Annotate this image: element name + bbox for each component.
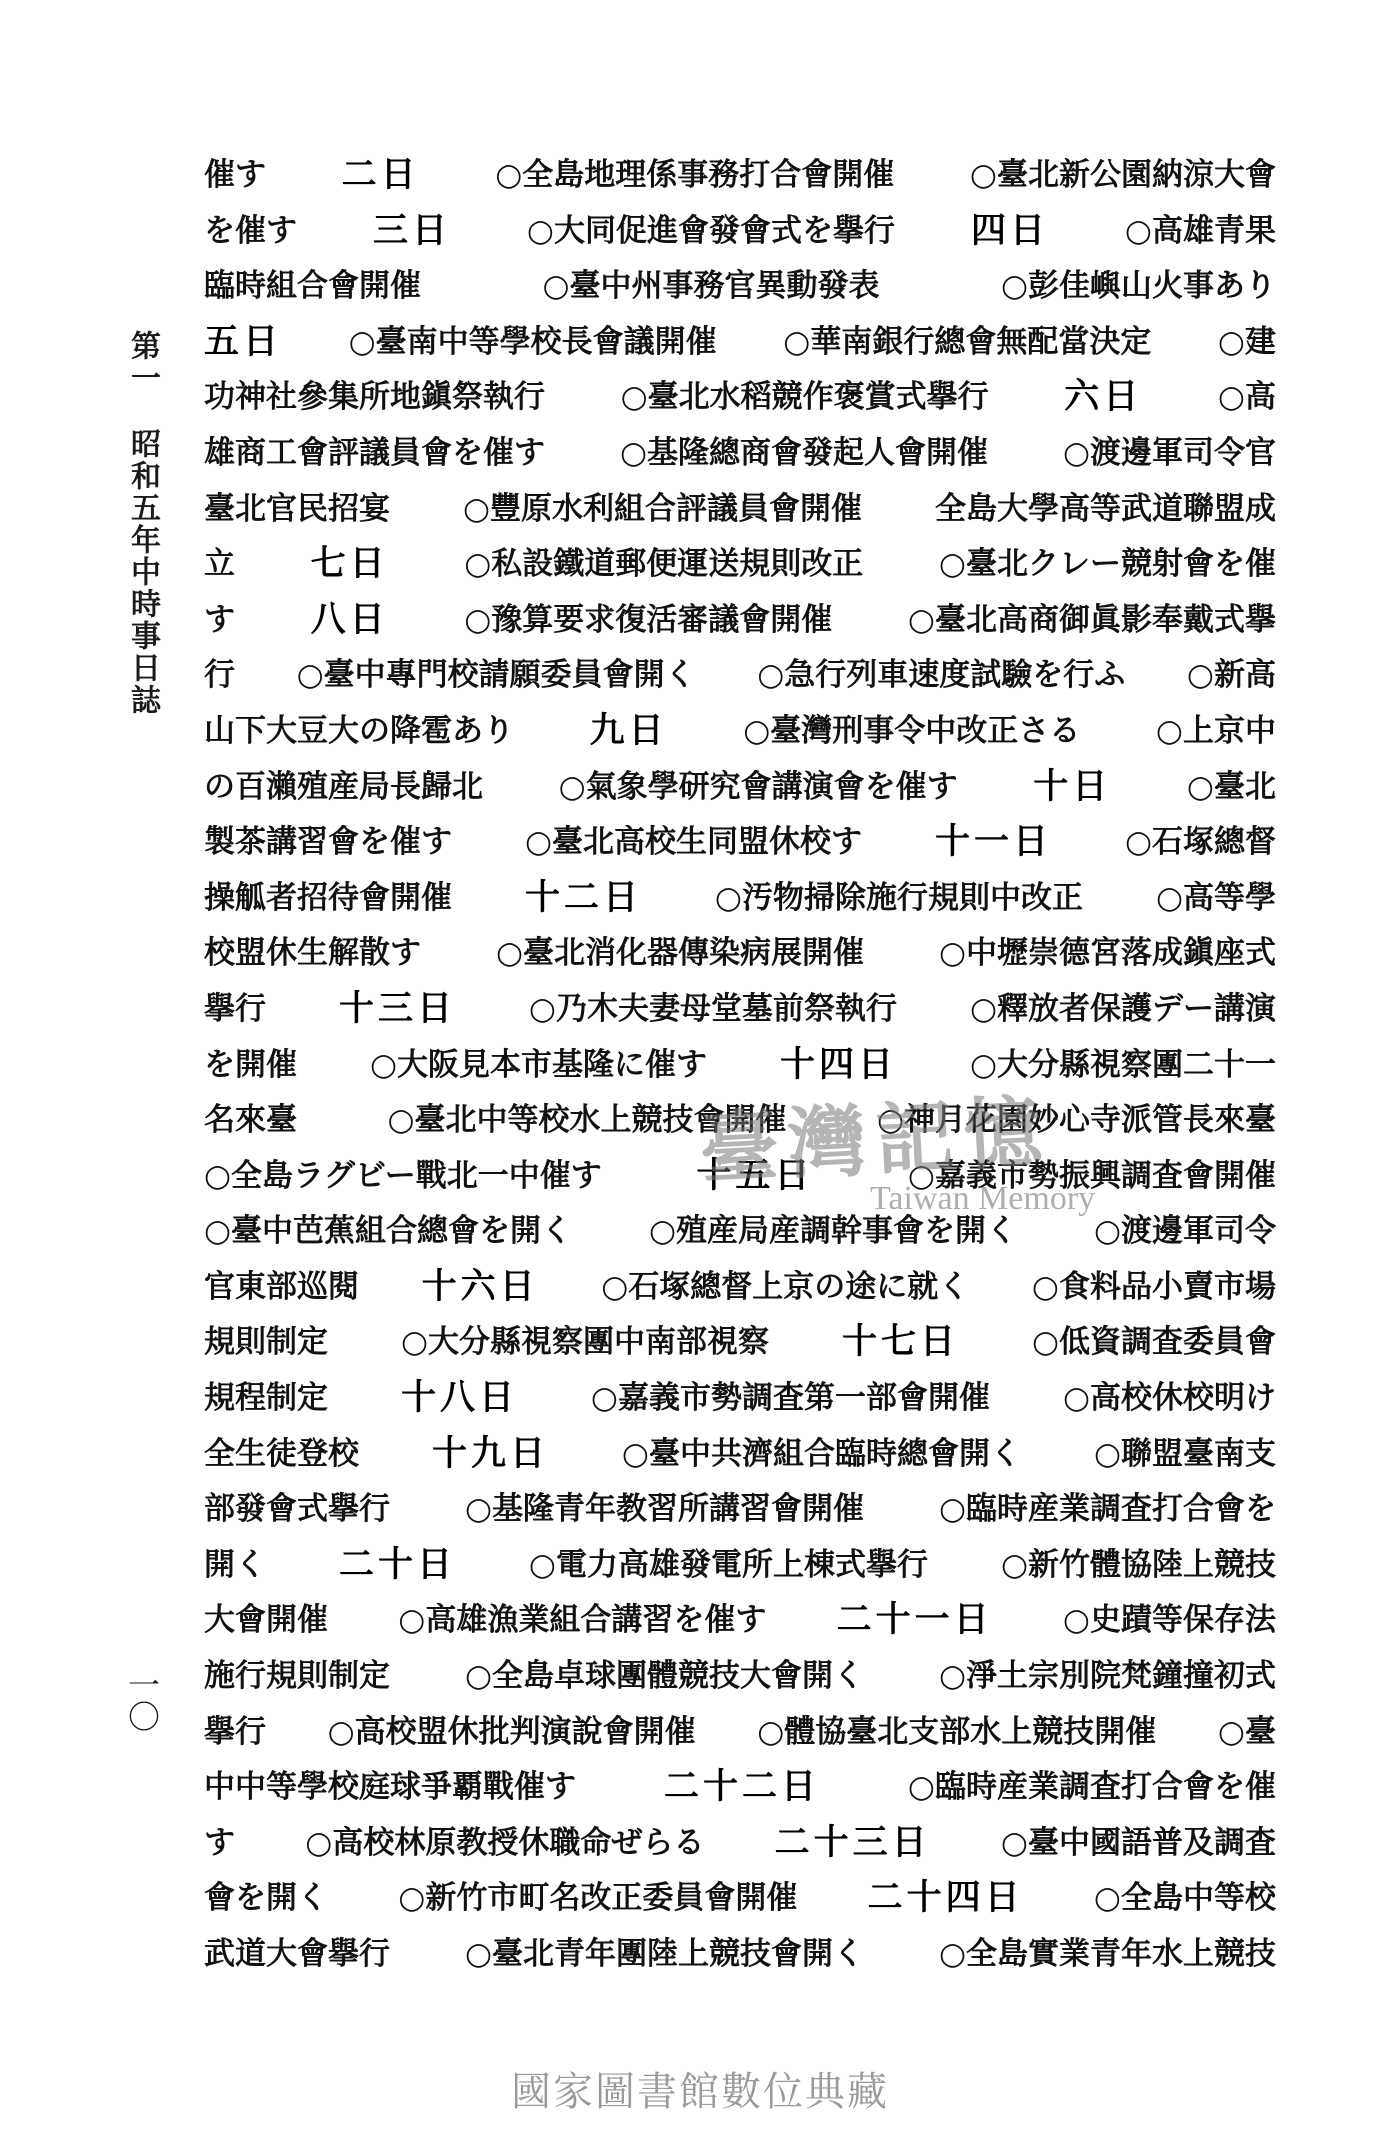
text-line: 武道大會擧行○臺北青年團陸上競技會開く○全島實業青年水上競技 bbox=[204, 1927, 1276, 1983]
entry-text: ○建 bbox=[1218, 315, 1276, 371]
entry-text: ○私設鐵道郵便運送規則改正 bbox=[464, 537, 863, 593]
entry-text: ○臨時産業調査打合會を催 bbox=[908, 1760, 1276, 1816]
entry-text: ○高校盟休批判演說會開催 bbox=[328, 1705, 696, 1761]
entry-text: ○食料品小賣市場 bbox=[1032, 1260, 1276, 1316]
entry-text: ○臺中芭蕉組合總會を開く bbox=[204, 1204, 572, 1260]
entry-text: ○臺北新公園納涼大會 bbox=[970, 148, 1276, 204]
diary-body: 催す二日○全島地理係事務打合會開催○臺北新公園納涼大會を催す三日○大同促進會發會… bbox=[204, 148, 1276, 1983]
day-heading: 七日 bbox=[311, 537, 389, 593]
entry-text: ○華南銀行總會無配當決定 bbox=[783, 315, 1151, 371]
running-header: 第一昭和五年中時事日誌 bbox=[124, 330, 160, 716]
day-heading: 二十三日 bbox=[775, 1816, 931, 1872]
entry-text: ○全島中等校 bbox=[1094, 1871, 1276, 1927]
text-line: 行○臺中專門校請願委員會開く○急行列車速度試驗を行ふ○新高 bbox=[204, 648, 1276, 704]
entry-text: ○全島實業青年水上競技 bbox=[939, 1927, 1276, 1983]
entry-text: ○殖産局産調幹事會を開く bbox=[649, 1204, 1017, 1260]
entry-text: ○急行列車速度試驗を行ふ bbox=[757, 648, 1125, 704]
entry-text: ○臺中共濟組合臨時總會開く bbox=[622, 1427, 1021, 1483]
entry-text: ○全島地理係事務打合會開催 bbox=[495, 148, 894, 204]
text-line: 中中等學校庭球爭覇戰催す二十二日○臨時産業調査打合會を催 bbox=[204, 1760, 1276, 1816]
document-page: 第一昭和五年中時事日誌 一〇 催す二日○全島地理係事務打合會開催○臺北新公園納涼… bbox=[0, 0, 1400, 2130]
entry-text: 施行規則制定 bbox=[204, 1649, 390, 1705]
entry-text: ○彭佳嶼山火事あり bbox=[1001, 259, 1276, 315]
entry-text: を開催 bbox=[204, 1038, 297, 1094]
entry-text: 部發會式擧行 bbox=[204, 1482, 390, 1538]
entry-text: ○渡邊軍司令 bbox=[1094, 1204, 1276, 1260]
entry-text: 操觚者招待會開催 bbox=[204, 871, 452, 927]
day-heading: 二日 bbox=[342, 148, 420, 204]
text-line: 雄商工會評議員會を催す○基隆總商會發起人會開催○渡邊軍司令官 bbox=[204, 426, 1276, 482]
entry-text: 開く bbox=[204, 1538, 266, 1594]
text-line: 臨時組合會開催○臺中州事務官異動發表○彭佳嶼山火事あり bbox=[204, 259, 1276, 315]
text-line: の百瀨殖産局長歸北○氣象學研究會講演會を催す十日○臺北 bbox=[204, 760, 1276, 816]
entry-text: 名來臺 bbox=[204, 1093, 297, 1149]
entry-text: ○大同促進會發會式を擧行 bbox=[527, 204, 895, 260]
entry-text: ○新竹體協陸上競技 bbox=[1001, 1538, 1276, 1594]
day-heading: 十七日 bbox=[842, 1315, 959, 1371]
entry-text: ○臺北消化器傳染病展開催 bbox=[496, 926, 864, 982]
text-line: 名來臺○臺北中等校水上競技會開催○神月花園妙心寺派管長來臺 bbox=[204, 1093, 1276, 1149]
day-heading: 十日 bbox=[1033, 760, 1111, 816]
entry-text: ○高校林原教授休職命ぜらる bbox=[305, 1816, 704, 1872]
entry-text: ○臺北 bbox=[1187, 760, 1276, 816]
entry-text: す bbox=[204, 1816, 235, 1872]
entry-text: 擧行 bbox=[204, 1705, 266, 1761]
entry-text: 武道大會擧行 bbox=[204, 1927, 390, 1983]
text-line: 開く二十日○電力高雄發電所上棟式擧行○新竹體協陸上競技 bbox=[204, 1538, 1276, 1594]
text-line: ○臺中芭蕉組合總會を開く○殖産局産調幹事會を開く○渡邊軍司令 bbox=[204, 1204, 1276, 1260]
entry-text: ○大阪見本市基隆に催す bbox=[370, 1038, 707, 1094]
entry-text: ○中壢崇德宮落成鎭座式 bbox=[939, 926, 1276, 982]
text-line: 催す二日○全島地理係事務打合會開催○臺北新公園納涼大會 bbox=[204, 148, 1276, 204]
text-line: 校盟休生解散す○臺北消化器傳染病展開催○中壢崇德宮落成鎭座式 bbox=[204, 926, 1276, 982]
entry-text: ○乃木夫妻母堂墓前祭執行 bbox=[529, 982, 897, 1038]
entry-text: 大會開催 bbox=[204, 1593, 328, 1649]
day-heading: 二十四日 bbox=[868, 1871, 1024, 1927]
entry-text: ○體協臺北支部水上競技開催 bbox=[757, 1705, 1156, 1761]
day-heading: 二十一日 bbox=[837, 1593, 993, 1649]
entry-text: ○臺北高校生同盟休校す bbox=[525, 815, 862, 871]
book-title: 昭和五年中時事日誌 bbox=[125, 428, 160, 716]
day-heading: 十九日 bbox=[432, 1427, 549, 1483]
entry-text: ○臺北中等校水上競技會開催 bbox=[387, 1093, 786, 1149]
entry-text: 行 bbox=[204, 648, 235, 704]
entry-text: 製茶講習會を催す bbox=[204, 815, 452, 871]
entry-text: 會を開く bbox=[204, 1871, 328, 1927]
entry-text: 規程制定 bbox=[204, 1371, 328, 1427]
entry-text: ○高校休校明け bbox=[1063, 1371, 1276, 1427]
entry-text: ○渡邊軍司令官 bbox=[1063, 426, 1276, 482]
entry-text: 規則制定 bbox=[204, 1315, 328, 1371]
entry-text: 臺北官民招宴 bbox=[204, 482, 390, 538]
entry-text: ○釋放者保護デー講演 bbox=[970, 982, 1276, 1038]
entry-text: ○嘉義市勢調査第一部會開催 bbox=[591, 1371, 990, 1427]
entry-text: ○全島卓球團體競技大會開く bbox=[465, 1649, 864, 1705]
entry-text: 臨時組合會開催 bbox=[204, 259, 421, 315]
entry-text: ○電力高雄發電所上棟式擧行 bbox=[529, 1538, 928, 1594]
entry-text: ○臺灣刑事令中改正さる bbox=[743, 704, 1080, 760]
entry-text: ○臺南中等學校長會議開催 bbox=[349, 315, 717, 371]
entry-text: ○高雄青果 bbox=[1125, 204, 1276, 260]
entry-text: ○高雄漁業組合講習を催す bbox=[398, 1593, 766, 1649]
entry-text: ○臺北高商御眞影奉戴式擧 bbox=[908, 593, 1276, 649]
day-heading: 十五日 bbox=[696, 1149, 813, 1205]
entry-text: 立 bbox=[204, 537, 235, 593]
entry-text: ○基隆青年教習所講習會開催 bbox=[465, 1482, 864, 1538]
day-heading: 四日 bbox=[971, 204, 1049, 260]
day-heading: 三日 bbox=[373, 204, 451, 260]
day-heading: 十一日 bbox=[935, 815, 1052, 871]
entry-text: ○臺中國語普及調査 bbox=[1001, 1816, 1276, 1872]
text-line: 操觚者招待會開催十二日○汚物掃除施行規則中改正○高等學 bbox=[204, 871, 1276, 927]
text-line: す八日○豫算要求復活審議會開催○臺北高商御眞影奉戴式擧 bbox=[204, 593, 1276, 649]
text-line: 製茶講習會を催す○臺北高校生同盟休校す十一日○石塚總督 bbox=[204, 815, 1276, 871]
text-line: 大會開催○高雄漁業組合講習を催す二十一日○史蹟等保存法 bbox=[204, 1593, 1276, 1649]
day-heading: 六日 bbox=[1064, 370, 1142, 426]
entry-text: ○史蹟等保存法 bbox=[1063, 1593, 1276, 1649]
entry-text: を催す bbox=[204, 204, 297, 260]
entry-text: ○大分縣視察團二十一 bbox=[970, 1038, 1276, 1094]
text-line: 五日○臺南中等學校長會議開催○華南銀行總會無配當決定○建 bbox=[204, 315, 1276, 371]
day-heading: 二十二日 bbox=[664, 1760, 820, 1816]
entry-text: ○石塚總督上京の途に就く bbox=[601, 1260, 969, 1316]
entry-text: ○新高 bbox=[1187, 648, 1276, 704]
day-heading: 十二日 bbox=[525, 871, 642, 927]
text-line: 擧行○高校盟休批判演說會開催○體協臺北支部水上競技開催○臺 bbox=[204, 1705, 1276, 1761]
text-line: 規程制定十八日○嘉義市勢調査第一部會開催○高校休校明け bbox=[204, 1371, 1276, 1427]
entry-text: 全島大學高等武道聯盟成 bbox=[935, 482, 1276, 538]
text-line: 立七日○私設鐵道郵便運送規則改正○臺北クレー競射會を催 bbox=[204, 537, 1276, 593]
day-heading: 九日 bbox=[590, 704, 668, 760]
entry-text: す bbox=[204, 593, 235, 649]
entry-text: 功神社參集所地鎭祭執行 bbox=[204, 370, 545, 426]
text-line: 施行規則制定○全島卓球團體競技大會開く○淨土宗別院梵鐘撞初式 bbox=[204, 1649, 1276, 1705]
entry-text: ○嘉義市勢振興調査會開催 bbox=[908, 1149, 1276, 1205]
entry-text: 催す bbox=[204, 148, 266, 204]
text-line: 山下大豆大の降雹あり九日○臺灣刑事令中改正さる○上京中 bbox=[204, 704, 1276, 760]
text-line: 官東部巡閱十六日○石塚總督上京の途に就く○食料品小賣市場 bbox=[204, 1260, 1276, 1316]
entry-text: ○全島ラグビー戰北一中催す bbox=[204, 1149, 602, 1205]
text-line: 全生徒登校十九日○臺中共濟組合臨時總會開く○聯盟臺南支 bbox=[204, 1427, 1276, 1483]
entry-text: ○神月花園妙心寺派管長來臺 bbox=[877, 1093, 1276, 1149]
entry-text: 山下大豆大の降雹あり bbox=[204, 704, 514, 760]
text-line: 規則制定○大分縣視察團中南部視察十七日○低資調査委員會 bbox=[204, 1315, 1276, 1371]
day-heading: 十三日 bbox=[339, 982, 456, 1038]
day-heading: 十六日 bbox=[422, 1260, 539, 1316]
entry-text: ○石塚總督 bbox=[1125, 815, 1276, 871]
entry-text: 雄商工會評議員會を催す bbox=[204, 426, 545, 482]
entry-text: ○臺 bbox=[1218, 1705, 1276, 1761]
text-line: を開催○大阪見本市基隆に催す十四日○大分縣視察團二十一 bbox=[204, 1038, 1276, 1094]
page-number: 一〇 bbox=[124, 1668, 160, 1732]
entry-text: ○基隆總商會發起人會開催 bbox=[620, 426, 988, 482]
entry-text: ○豫算要求復活審議會開催 bbox=[464, 593, 832, 649]
entry-text: ○上京中 bbox=[1156, 704, 1276, 760]
entry-text: 中中等學校庭球爭覇戰催す bbox=[204, 1760, 576, 1816]
text-line: 臺北官民招宴○豐原水利組合評議員會開催全島大學高等武道聯盟成 bbox=[204, 482, 1276, 538]
entry-text: ○淨土宗別院梵鐘撞初式 bbox=[939, 1649, 1276, 1705]
text-line: 部發會式擧行○基隆青年教習所講習會開催○臨時産業調査打合會を bbox=[204, 1482, 1276, 1538]
entry-text: 全生徒登校 bbox=[204, 1427, 359, 1483]
entry-text: ○低資調査委員會 bbox=[1032, 1315, 1276, 1371]
entry-text: ○臺中州事務官異動發表 bbox=[542, 259, 879, 315]
entry-text: ○臺北クレー競射會を催 bbox=[939, 537, 1276, 593]
entry-text: ○氣象學研究會講演會を催す bbox=[559, 760, 958, 816]
chapter-label: 第一 bbox=[125, 330, 160, 394]
entry-text: ○大分縣視察團中南部視察 bbox=[401, 1315, 769, 1371]
text-line: 功神社參集所地鎭祭執行○臺北水稻競作褒賞式擧行六日○高 bbox=[204, 370, 1276, 426]
entry-text: 官東部巡閱 bbox=[204, 1260, 359, 1316]
entry-text: ○豐原水利組合評議員會開催 bbox=[463, 482, 862, 538]
entry-text: 擧行 bbox=[204, 982, 266, 1038]
entry-text: の百瀨殖産局長歸北 bbox=[204, 760, 483, 816]
day-heading: 十四日 bbox=[780, 1038, 897, 1094]
text-line: を催す三日○大同促進會發會式を擧行四日○高雄青果 bbox=[204, 204, 1276, 260]
entry-text: ○汚物掃除施行規則中改正 bbox=[715, 871, 1083, 927]
day-heading: 二十日 bbox=[339, 1538, 456, 1594]
entry-text: ○臺北水稻競作褒賞式擧行 bbox=[621, 370, 989, 426]
day-heading: 五日 bbox=[204, 315, 282, 371]
text-line: 擧行十三日○乃木夫妻母堂墓前祭執行○釋放者保護デー講演 bbox=[204, 982, 1276, 1038]
day-heading: 八日 bbox=[311, 593, 389, 649]
entry-text: ○臺北青年團陸上競技會開く bbox=[465, 1927, 864, 1983]
day-heading: 十八日 bbox=[401, 1371, 518, 1427]
entry-text: ○高 bbox=[1218, 370, 1276, 426]
text-line: ○全島ラグビー戰北一中催す十五日○嘉義市勢振興調査會開催 bbox=[204, 1149, 1276, 1205]
entry-text: ○新竹市町名改正委員會開催 bbox=[398, 1871, 797, 1927]
footer-credit: 國家圖書館數位典藏 bbox=[0, 2060, 1400, 2117]
entry-text: ○聯盟臺南支 bbox=[1094, 1427, 1276, 1483]
entry-text: 校盟休生解散す bbox=[204, 926, 421, 982]
entry-text: ○臺中專門校請願委員會開く bbox=[297, 648, 696, 704]
text-line: す○高校林原教授休職命ぜらる二十三日○臺中國語普及調査 bbox=[204, 1816, 1276, 1872]
entry-text: ○臨時産業調査打合會を bbox=[939, 1482, 1276, 1538]
text-line: 會を開く○新竹市町名改正委員會開催二十四日○全島中等校 bbox=[204, 1871, 1276, 1927]
entry-text: ○高等學 bbox=[1156, 871, 1276, 927]
